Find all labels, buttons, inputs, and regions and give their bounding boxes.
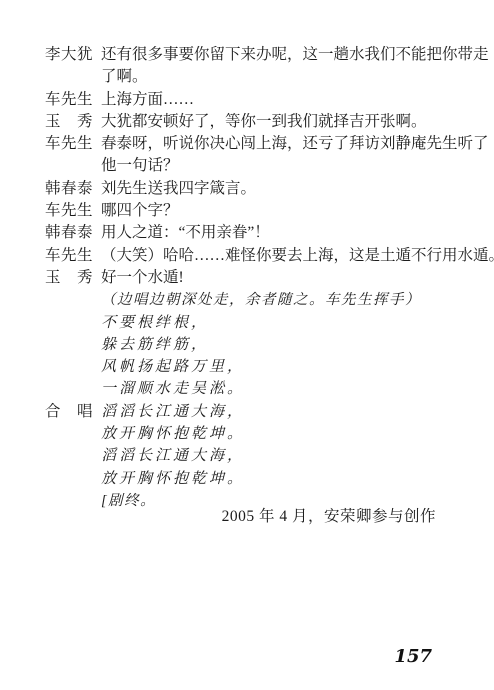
line-text: （大笑）哈哈……难怪你要去上海，这是土遁不行用水遁。 — [101, 245, 494, 267]
script-line: （边唱边朝深处走，余者随之。车先生挥手） — [45, 289, 437, 311]
line-text: 用人之道：“不用亲眷”！ — [101, 222, 437, 244]
script-line: 合 唱 滔滔长江通大海， — [45, 401, 437, 423]
line-text: 刘先生送我四字箴言。 — [101, 178, 437, 200]
script-line: 玉 秀 大犹都安顿好了，等你一到我们就择吉开张啊。 — [45, 111, 437, 133]
script-line: 他一句话？ — [45, 155, 437, 177]
line-text: 躲去筋绊筋， — [101, 334, 437, 356]
script-line: 车先生 （大笑）哈哈……难怪你要去上海，这是土遁不行用水遁。 — [45, 245, 437, 267]
line-text: 上海方面…… — [101, 89, 437, 111]
script-line: 躲去筋绊筋， — [45, 334, 437, 356]
line-text: 滔滔长江通大海， — [101, 401, 437, 423]
speaker-name: 韩春泰 — [45, 222, 101, 244]
line-text: 一溜顺水走吴淞。 — [101, 378, 437, 400]
script-line: 了啊。 — [45, 66, 437, 88]
line-text: 了啊。 — [101, 66, 437, 88]
script-line: 不要根绊根， — [45, 312, 437, 334]
book-page: 李大犹 还有很多事要你留下来办呢，这一趟水我们不能把你带走 了啊。 车先生 上海… — [0, 0, 494, 690]
script-line: 风帆扬起路万里， — [45, 356, 437, 378]
page-number: 157 — [394, 646, 432, 667]
speaker-name: 玉 秀 — [45, 267, 101, 289]
script-line: 车先生 哪四个字？ — [45, 200, 437, 222]
line-text: 他一句话？ — [101, 155, 437, 177]
script-line: 放开胸怀抱乾坤。 — [45, 468, 437, 490]
script-line: 滔滔长江通大海， — [45, 445, 437, 467]
speaker-name: 车先生 — [45, 245, 101, 267]
script-body: 李大犹 还有很多事要你留下来办呢，这一趟水我们不能把你带走 了啊。 车先生 上海… — [45, 44, 437, 512]
line-text: 好一个水遁! — [101, 267, 437, 289]
script-line: 玉 秀 好一个水遁! — [45, 267, 437, 289]
line-text: 大犹都安顿好了，等你一到我们就择吉开张啊。 — [101, 111, 437, 133]
script-line: 韩春泰 刘先生送我四字箴言。 — [45, 178, 437, 200]
line-text: 放开胸怀抱乾坤。 — [101, 468, 437, 490]
line-text: 风帆扬起路万里， — [101, 356, 437, 378]
line-text: 春泰呀，听说你决心闯上海，还亏了拜访刘静庵先生听了 — [101, 133, 489, 155]
script-line: 一溜顺水走吴淞。 — [45, 378, 437, 400]
script-line: 车先生 上海方面…… — [45, 89, 437, 111]
script-line: 车先生 春泰呀，听说你决心闯上海，还亏了拜访刘静庵先生听了 — [45, 133, 437, 155]
speaker-name: 李大犹 — [45, 44, 101, 66]
speaker-name: 韩春泰 — [45, 178, 101, 200]
line-text: 还有很多事要你留下来办呢，这一趟水我们不能把你带走 — [101, 44, 489, 66]
speaker-name: 车先生 — [45, 133, 101, 155]
line-text: 滔滔长江通大海， — [101, 445, 437, 467]
line-text: 放开胸怀抱乾坤。 — [101, 423, 437, 445]
script-line: 李大犹 还有很多事要你留下来办呢，这一趟水我们不能把你带走 — [45, 44, 437, 66]
line-text: 不要根绊根， — [101, 312, 437, 334]
credit-line: 2005 年 4 月，安荣卿参与创作 — [222, 504, 436, 526]
speaker-name: 车先生 — [45, 200, 101, 222]
line-text: （边唱边朝深处走，余者随之。车先生挥手） — [101, 289, 437, 311]
script-line: 放开胸怀抱乾坤。 — [45, 423, 437, 445]
speaker-name: 车先生 — [45, 89, 101, 111]
speaker-name: 玉 秀 — [45, 111, 101, 133]
line-text: 哪四个字？ — [101, 200, 437, 222]
script-line: 韩春泰 用人之道：“不用亲眷”！ — [45, 222, 437, 244]
speaker-name: 合 唱 — [45, 401, 101, 423]
